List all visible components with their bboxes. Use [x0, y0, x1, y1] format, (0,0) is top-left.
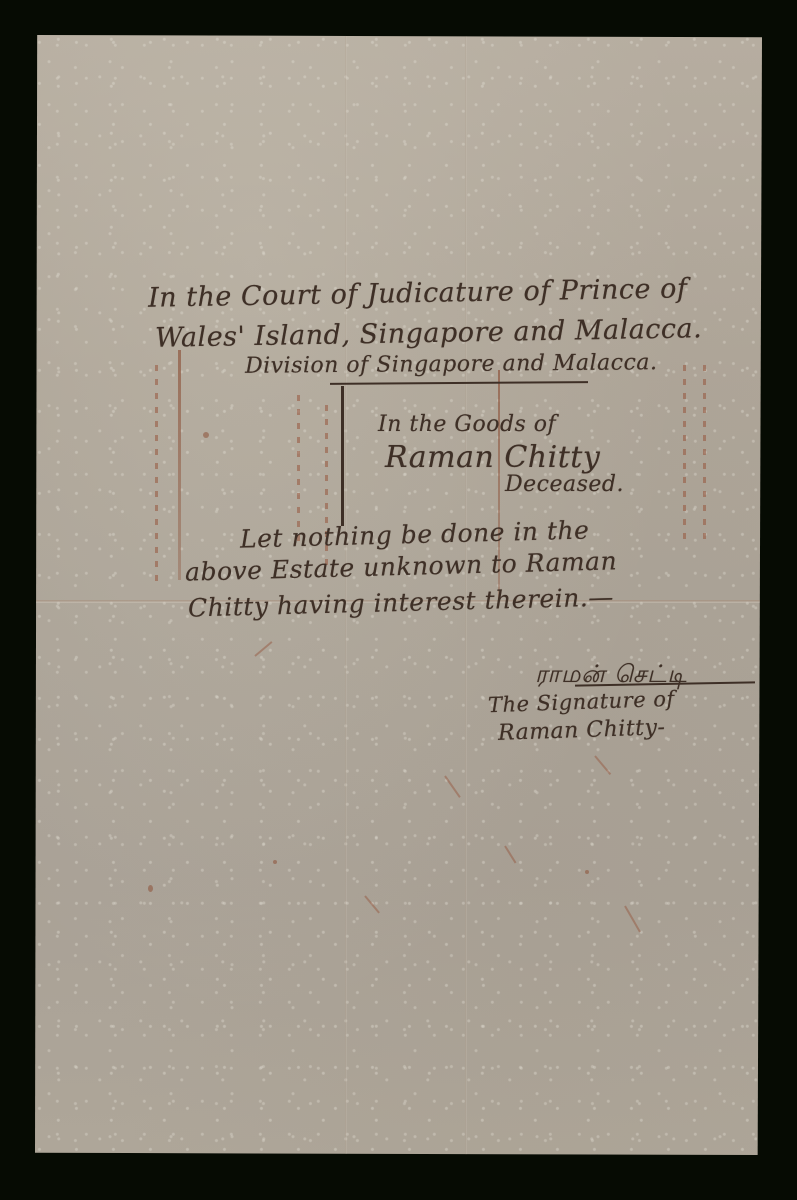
- ink-bleedthrough-line: [178, 350, 181, 580]
- caption-bracket: [341, 386, 344, 526]
- caption-line-3: Deceased.: [505, 472, 624, 497]
- ink-spot: [148, 885, 153, 892]
- ink-bleedthrough-dotted: [155, 365, 158, 585]
- ink-spot: [203, 432, 209, 438]
- ink-spot: [273, 860, 277, 864]
- ink-bleedthrough-dotted: [703, 365, 706, 545]
- heading-line-3: Division of Singapore and Malacca.: [245, 350, 658, 379]
- caption-line-1: In the Goods of: [378, 412, 556, 437]
- ink-spot: [585, 870, 589, 874]
- ink-bleedthrough-dotted: [683, 365, 686, 545]
- scanned-document-viewport: In the Court of Judicature of Prince of …: [0, 0, 797, 1200]
- caption-line-2: Raman Chitty: [385, 440, 600, 475]
